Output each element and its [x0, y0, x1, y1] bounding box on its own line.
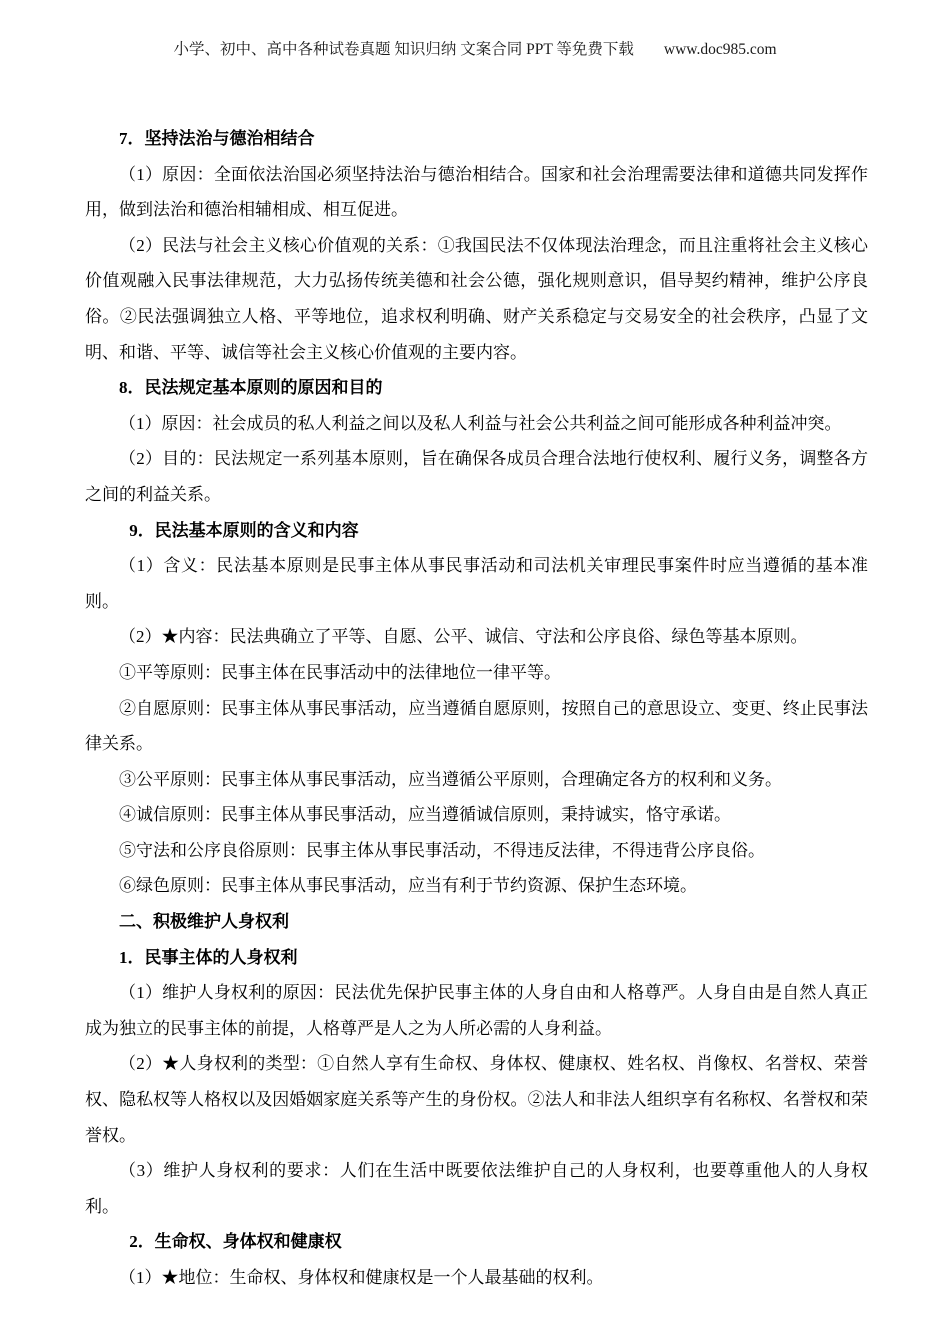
- paragraph-2-1-1: （1）维护人身权利的原因：民法优先保护民事主体的人身自由和人格尊严。人身自由是自…: [85, 975, 868, 1046]
- principle-item-1: ①平等原则：民事主体在民事活动中的法律地位一律平等。: [85, 655, 868, 691]
- section-heading-2-2: 2．生命权、身体权和健康权: [85, 1224, 868, 1260]
- paragraph-8-2: （2）目的：民法规定一系列基本原则，旨在确保各成员合理合法地行使权利、履行义务，…: [85, 441, 868, 512]
- paragraph-9-1: （1）含义：民法基本原则是民事主体从事民事活动和司法机关审理民事案件时应当遵循的…: [85, 548, 868, 619]
- document-body: 7．坚持法治与德治相结合 （1）原因：全面依法治国必须坚持法治与德治相结合。国家…: [85, 121, 868, 1296]
- paragraph-8-1: （1）原因：社会成员的私人利益之间以及私人利益与社会公共利益之间可能形成各种利益…: [85, 406, 868, 442]
- header-site-info: 小学、初中、高中各种试卷真题 知识归纳 文案合同 PPT 等免费下载: [173, 41, 633, 58]
- section-heading-8: 8．民法规定基本原则的原因和目的: [85, 370, 868, 406]
- section-heading-2-1: 1．民事主体的人身权利: [85, 940, 868, 976]
- paragraph-2-2-1: （1）★地位：生命权、身体权和健康权是一个人最基础的权利。: [85, 1260, 868, 1296]
- page-header: 小学、初中、高中各种试卷真题 知识归纳 文案合同 PPT 等免费下载www.do…: [0, 40, 950, 60]
- principle-item-6: ⑥绿色原则：民事主体从事民事活动，应当有利于节约资源、保护生态环境。: [85, 868, 868, 904]
- paragraph-2-1-3: （3）维护人身权利的要求：人们在生活中既要依法维护自己的人身权利，也要尊重他人的…: [85, 1153, 868, 1224]
- paragraph-2-1-2: （2）★人身权利的类型：①自然人享有生命权、身体权、健康权、姓名权、肖像权、名誉…: [85, 1046, 868, 1153]
- chapter-heading-2: 二、积极维护人身权利: [85, 904, 868, 940]
- principle-item-4: ④诚信原则：民事主体从事民事活动，应当遵循诚信原则，秉持诚实，恪守承诺。: [85, 797, 868, 833]
- header-site-url: www.doc985.com: [664, 40, 777, 60]
- principle-item-2: ②自愿原则：民事主体从事民事活动，应当遵循自愿原则，按照自己的意思设立、变更、终…: [85, 691, 868, 762]
- principle-item-3: ③公平原则：民事主体从事民事活动，应当遵循公平原则，合理确定各方的权利和义务。: [85, 762, 868, 798]
- paragraph-9-2: （2）★内容：民法典确立了平等、自愿、公平、诚信、守法和公序良俗、绿色等基本原则…: [85, 619, 868, 655]
- section-heading-9: 9．民法基本原则的含义和内容: [85, 513, 868, 549]
- section-heading-7: 7．坚持法治与德治相结合: [85, 121, 868, 157]
- paragraph-7-1: （1）原因：全面依法治国必须坚持法治与德治相结合。国家和社会治理需要法律和道德共…: [85, 157, 868, 228]
- paragraph-7-2: （2）民法与社会主义核心价值观的关系：①我国民法不仅体现法治理念，而且注重将社会…: [85, 228, 868, 370]
- principle-item-5: ⑤守法和公序良俗原则：民事主体从事民事活动，不得违反法律，不得违背公序良俗。: [85, 833, 868, 869]
